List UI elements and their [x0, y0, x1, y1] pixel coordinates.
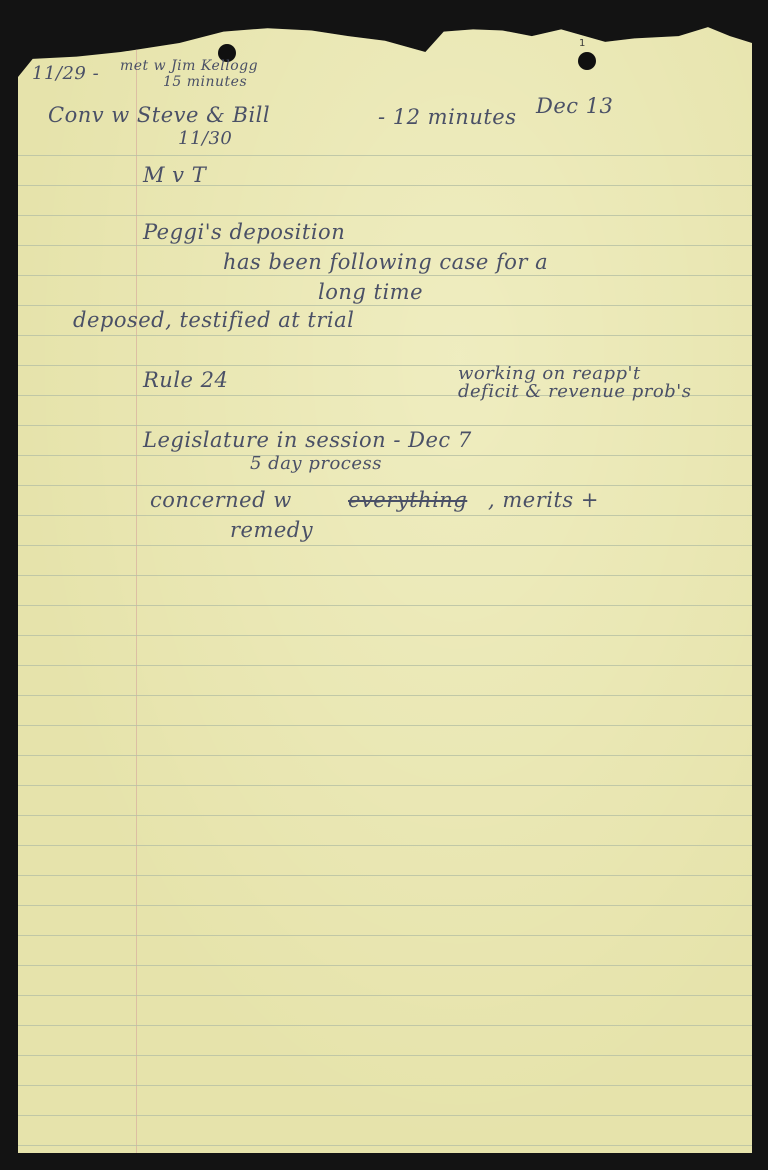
ruled-line	[18, 875, 752, 876]
ruled-line	[18, 275, 752, 276]
legal-pad-page: 1 11/29 - met w Jim Kellogg 15 minutes C…	[18, 18, 752, 1153]
note-following-case: has been following case for a	[223, 250, 548, 274]
ruled-line	[18, 1085, 752, 1086]
ruled-line	[18, 1115, 752, 1116]
note-rule-24: Rule 24	[143, 368, 228, 392]
note-legislature-session: Legislature in session - Dec 7	[143, 428, 472, 452]
ruled-line	[18, 425, 752, 426]
note-long-time: long time	[318, 280, 423, 304]
ruled-line	[18, 995, 752, 996]
note-15-minutes: 15 minutes	[163, 74, 247, 90]
note-deposed-testified: deposed, testified at trial	[73, 308, 354, 332]
ruled-line	[18, 695, 752, 696]
ruled-line	[18, 935, 752, 936]
punch-hole	[578, 52, 596, 70]
note-everything-struck: everything	[348, 488, 467, 512]
ruled-line	[18, 515, 752, 516]
note-peggis-deposition: Peggi's deposition	[143, 220, 345, 244]
ruled-line	[18, 575, 752, 576]
note-dec-13: Dec 13	[536, 94, 613, 118]
note-merits: , merits +	[488, 488, 599, 512]
margin-line	[136, 18, 137, 1153]
note-deficit-revenue: deficit & revenue prob's	[458, 381, 691, 402]
note-remedy: remedy	[230, 518, 313, 542]
scan-frame: 1 11/29 - met w Jim Kellogg 15 minutes C…	[0, 0, 768, 1170]
ruled-line	[18, 545, 752, 546]
ruled-line	[18, 455, 752, 456]
ruled-line	[18, 905, 752, 906]
ruled-line	[18, 845, 752, 846]
note-met-jim-kellogg: met w Jim Kellogg	[120, 58, 258, 74]
ruled-line	[18, 485, 752, 486]
ruled-line	[18, 365, 752, 366]
note-conv-steve-bill: Conv w Steve & Bill	[48, 103, 270, 127]
note-5-day-process: 5 day process	[250, 453, 382, 474]
note-heading-mvt: M v T	[143, 163, 206, 187]
ruled-line	[18, 335, 752, 336]
ruled-line	[18, 665, 752, 666]
page-number-mark: 1	[579, 38, 585, 49]
ruled-line	[18, 215, 752, 216]
ruled-line	[18, 245, 752, 246]
note-date-1130: 11/30	[178, 128, 232, 149]
ruled-line	[18, 305, 752, 306]
ruled-line	[18, 725, 752, 726]
ruled-line	[18, 785, 752, 786]
ruled-line	[18, 1145, 752, 1146]
note-date-1129: 11/29 -	[32, 63, 99, 84]
ruled-line	[18, 965, 752, 966]
ruled-line	[18, 1025, 752, 1026]
ruled-line	[18, 815, 752, 816]
ruled-line	[18, 1055, 752, 1056]
note-concerned-with: concerned w	[150, 488, 292, 512]
ruled-line	[18, 185, 752, 186]
ruled-line	[18, 155, 752, 156]
ruled-line	[18, 755, 752, 756]
ruled-line	[18, 605, 752, 606]
note-12-minutes: - 12 minutes	[378, 105, 517, 129]
ruled-line	[18, 635, 752, 636]
